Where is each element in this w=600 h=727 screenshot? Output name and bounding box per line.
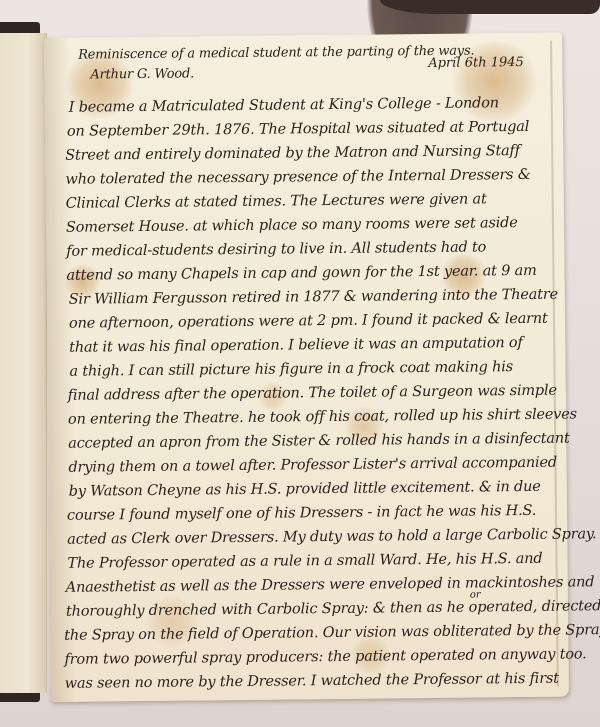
dark-cloth-corner (380, 0, 600, 14)
manuscript-page-lower: operation in the Theatre. but my only re… (44, 33, 569, 702)
left-page-stack (0, 33, 47, 693)
